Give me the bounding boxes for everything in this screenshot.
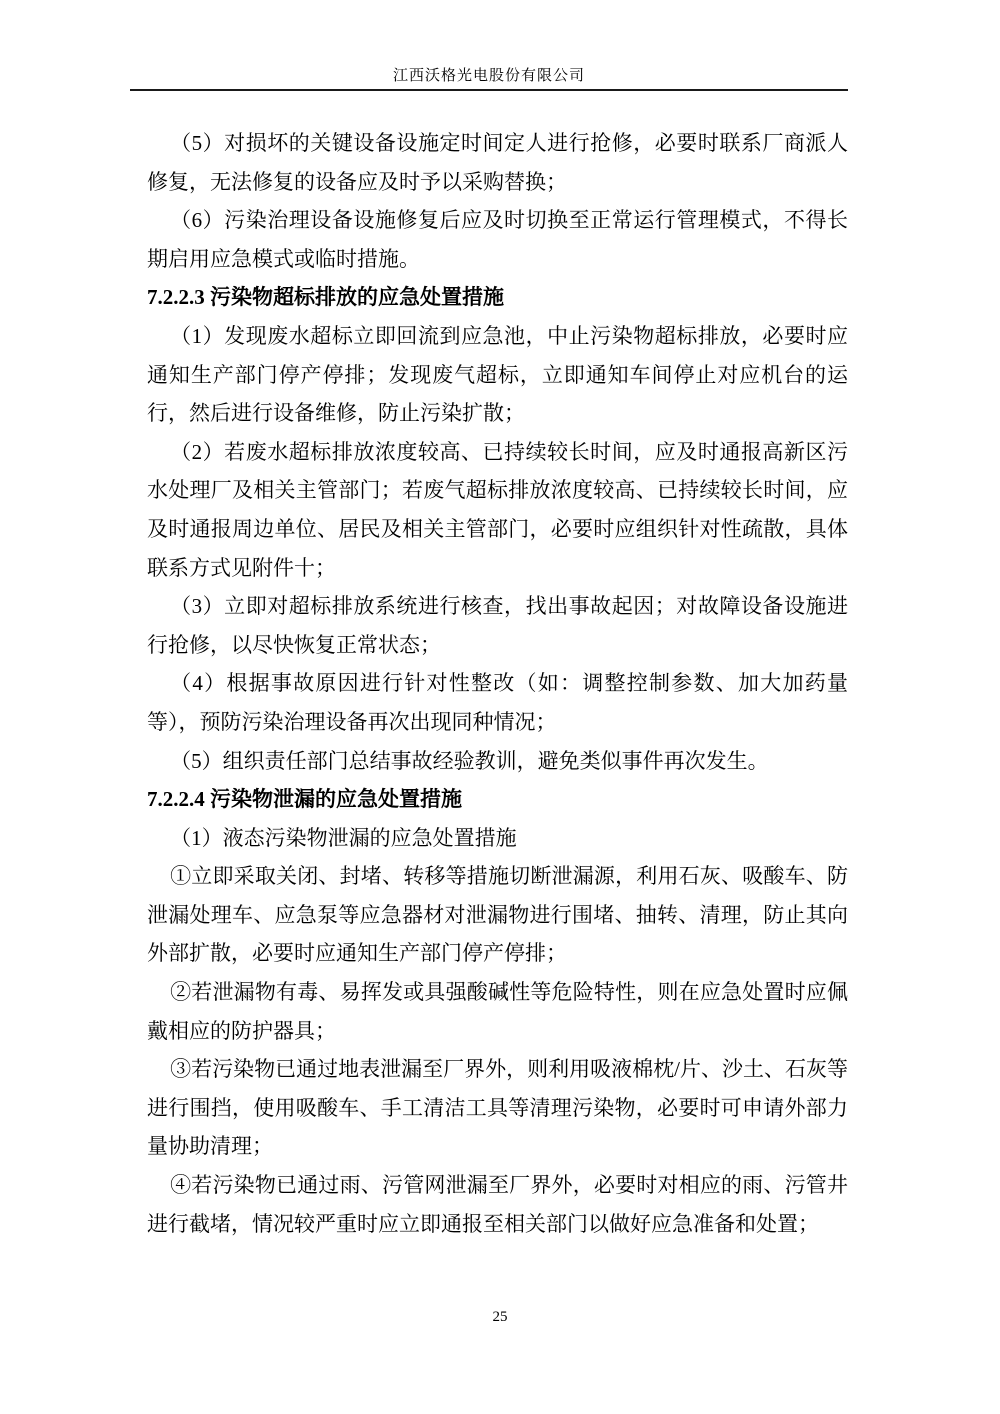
- company-name: 江西沃格光电股份有限公司: [393, 68, 585, 84]
- paragraph-item-6-switch-mode: （6）污染治理设备设施修复后应及时切换至正常运行管理模式，不得长期启用应急模式或…: [147, 201, 848, 278]
- paragraph-exceed-3: （3）立即对超标排放系统进行核查，找出事故起因；对故障设备设施进行抢修，以尽快恢…: [147, 587, 848, 664]
- paragraph-item-5-repair: （5）对损坏的关键设备设施定时间定人进行抢修，必要时联系厂商派人修复，无法修复的…: [147, 124, 848, 201]
- paragraph-leak-step-3: ③若污染物已通过地表泄漏至厂界外，则利用吸液棉枕/片、沙土、石灰等进行围挡，使用…: [147, 1050, 848, 1166]
- paragraph-exceed-4: （4）根据事故原因进行针对性整改（如：调整控制参数、加大加药量等），预防污染治理…: [147, 664, 848, 741]
- paragraph-leak-step-1: ①立即采取关闭、封堵、转移等措施切断泄漏源，利用石灰、吸酸车、防泄漏处理车、应急…: [147, 857, 848, 973]
- section-heading-7-2-2-4: 7.2.2.4 污染物泄漏的应急处置措施: [147, 780, 848, 819]
- document-body: （5）对损坏的关键设备设施定时间定人进行抢修，必要时联系厂商派人修复，无法修复的…: [147, 124, 848, 1243]
- page-header: 江西沃格光电股份有限公司: [130, 64, 848, 91]
- paragraph-leak-step-2: ②若泄漏物有毒、易挥发或具强酸碱性等危险特性，则在应急处置时应佩戴相应的防护器具…: [147, 973, 848, 1050]
- page-number: 25: [493, 1309, 508, 1325]
- page-footer: 25: [0, 1306, 1000, 1328]
- paragraph-leak-step-4: ④若污染物已通过雨、污管网泄漏至厂界外，必要时对相应的雨、污管井进行截堵，情况较…: [147, 1166, 848, 1243]
- section-heading-7-2-2-3: 7.2.2.3 污染物超标排放的应急处置措施: [147, 278, 848, 317]
- document-page: 江西沃格光电股份有限公司 （5）对损坏的关键设备设施定时间定人进行抢修，必要时联…: [0, 0, 1000, 1414]
- paragraph-exceed-5: （5）组织责任部门总结事故经验教训，避免类似事件再次发生。: [147, 742, 848, 781]
- paragraph-leak-intro: （1）液态污染物泄漏的应急处置措施: [147, 819, 848, 858]
- paragraph-exceed-1: （1）发现废水超标立即回流到应急池，中止污染物超标排放，必要时应通知生产部门停产…: [147, 317, 848, 433]
- paragraph-exceed-2: （2）若废水超标排放浓度较高、已持续较长时间，应及时通报高新区污水处理厂及相关主…: [147, 433, 848, 587]
